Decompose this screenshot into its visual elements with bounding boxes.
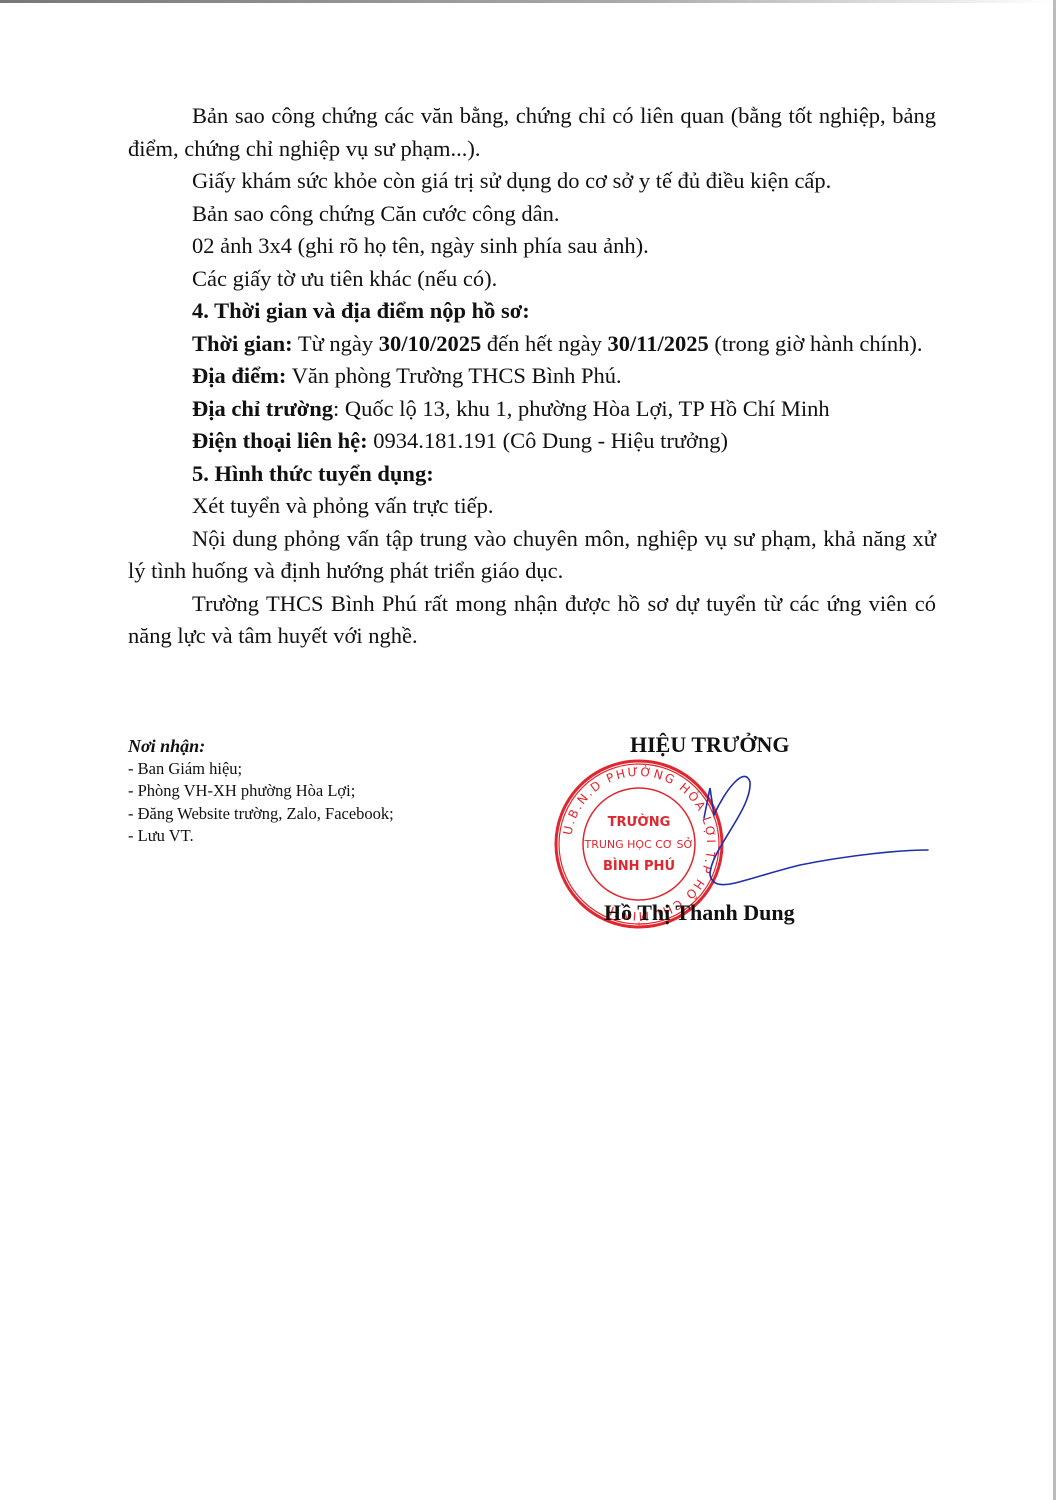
recipient-item: - Lưu VT.	[128, 825, 394, 848]
recipient-item: - Ban Giám hiệu;	[128, 758, 394, 781]
svg-text:TRƯỜNG: TRƯỜNG	[608, 814, 671, 830]
svg-text:BÌNH PHÚ: BÌNH PHÚ	[603, 858, 675, 874]
interview-content: Nội dung phỏng vấn tập trung vào chuyên …	[128, 523, 936, 588]
section-4-heading: 4. Thời gian và địa điểm nộp hồ sơ:	[128, 295, 936, 328]
place-line: Địa điểm: Văn phòng Trường THCS Bình Phú…	[128, 360, 936, 393]
paragraph-priority-docs: Các giấy tờ ưu tiên khác (nếu có).	[128, 263, 936, 296]
svg-text:TRUNG HỌC CƠ SỞ: TRUNG HỌC CƠ SỞ	[583, 837, 693, 851]
paragraph-id-card: Bản sao công chứng Căn cước công dân.	[128, 198, 936, 231]
document-body: Bản sao công chứng các văn bằng, chứng c…	[128, 100, 936, 653]
paragraph-health: Giấy khám sức khỏe còn giá trị sử dụng d…	[128, 165, 936, 198]
recipient-item: - Đăng Website trường, Zalo, Facebook;	[128, 803, 394, 826]
recipient-item: - Phòng VH-XH phường Hòa Lợi;	[128, 780, 394, 803]
recipients-block: Nơi nhận: - Ban Giám hiệu; - Phòng VH-XH…	[128, 735, 394, 848]
paragraph-photos: 02 ảnh 3x4 (ghi rõ họ tên, ngày sinh phí…	[128, 230, 936, 263]
address-line: Địa chỉ trường: Quốc lộ 13, khu 1, phườn…	[128, 393, 936, 426]
handwritten-signature-icon	[700, 770, 930, 900]
scan-edge-top	[0, 0, 1056, 3]
recipients-title: Nơi nhận:	[128, 735, 394, 758]
signer-title: HIỆU TRƯỞNG	[630, 732, 790, 758]
time-line: Thời gian: Từ ngày 30/10/2025 đến hết ng…	[128, 328, 936, 361]
paragraph-certificates: Bản sao công chứng các văn bằng, chứng c…	[128, 100, 936, 165]
phone-line: Điện thoại liên hệ: 0934.181.191 (Cô Dun…	[128, 425, 936, 458]
closing-paragraph: Trường THCS Bình Phú rất mong nhận được …	[128, 588, 936, 653]
signer-name: Hồ Thị Thanh Dung	[604, 900, 795, 926]
recruitment-method: Xét tuyển và phỏng vấn trực tiếp.	[128, 490, 936, 523]
section-5-heading: 5. Hình thức tuyển dụng:	[128, 458, 936, 491]
